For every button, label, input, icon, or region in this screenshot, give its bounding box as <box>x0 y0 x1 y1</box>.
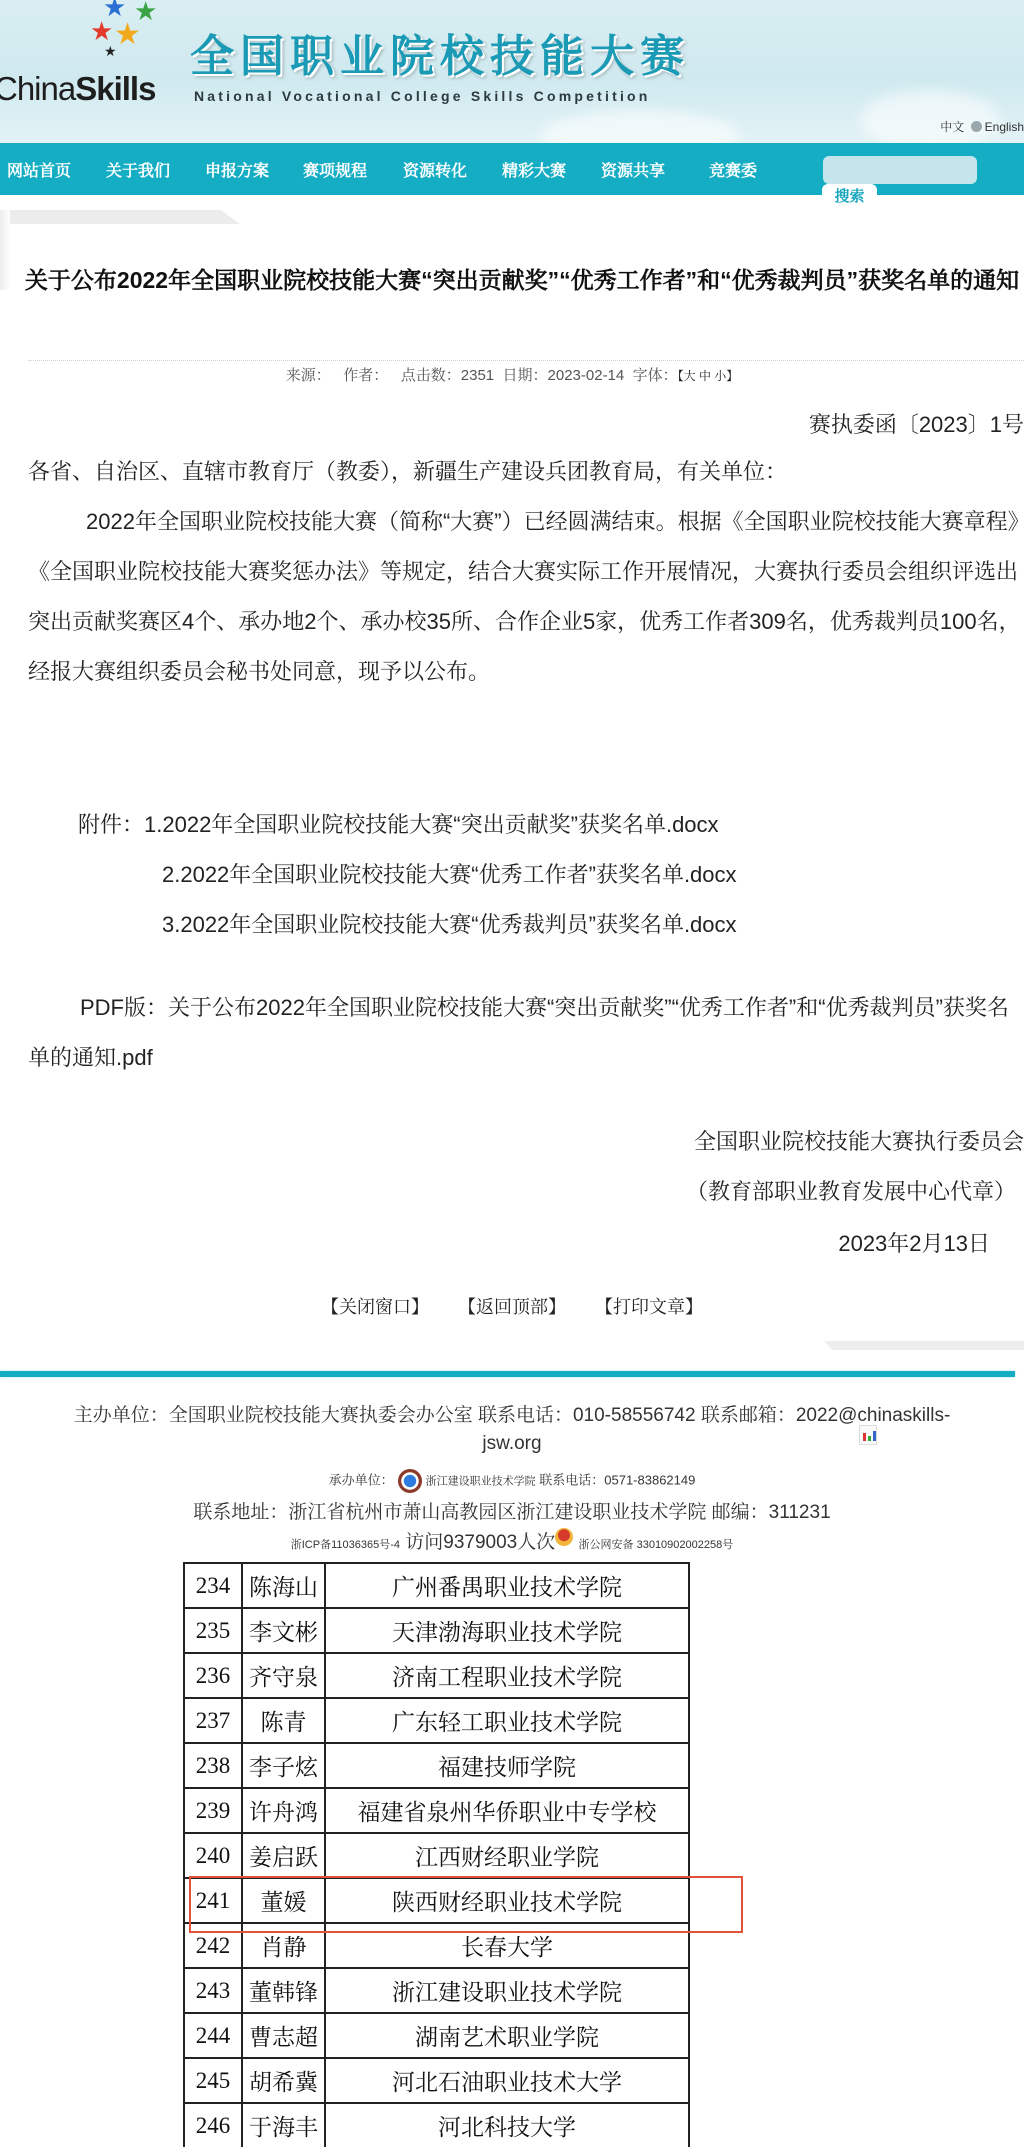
nav-resource-conversion[interactable]: 资源转化 <box>403 158 467 181</box>
meta-date: 2023-02-14 <box>548 367 625 384</box>
winner-name: 陈青 <box>242 1698 325 1743</box>
table-row: 244曹志超湖南艺术职业学院 <box>184 2013 689 2058</box>
attachment-link-2[interactable]: 2.2022年全国职业院校技能大赛“优秀工作者”获奖名单.docx <box>162 858 737 889</box>
attachment-link-1[interactable]: 1.2022年全国职业院校技能大赛“突出贡献奖”获奖名单.docx <box>144 812 719 837</box>
table-row: 240姜启跃江西财经职业学院 <box>184 1833 689 1878</box>
search-input[interactable] <box>823 156 977 184</box>
cloud-decoration <box>860 90 1000 143</box>
footer-address: 联系地址：浙江省杭州市萧山高教园区浙江建设职业技术学院 邮编：311231 <box>0 1497 1024 1524</box>
title-divider <box>28 360 1024 361</box>
article-title: 关于公布2022年全国职业院校技能大赛“突出贡献奖”“优秀工作者”和“优秀裁判员… <box>20 255 1024 305</box>
host-phone: 联系电话：0571-83862149 <box>539 1472 695 1487</box>
row-number: 246 <box>184 2103 242 2147</box>
row-number: 245 <box>184 2058 242 2103</box>
winner-school: 湖南艺术职业学院 <box>325 2013 689 2058</box>
meta-font-label: 字体： <box>633 367 678 384</box>
winner-list-table: 234陈海山广州番禺职业技术学院 235李文彬天津渤海职业技术学院 236齐守泉… <box>183 1562 690 2147</box>
print-article-link[interactable]: 【打印文章】 <box>595 1297 703 1317</box>
winner-name: 李子炫 <box>242 1743 325 1788</box>
winner-school: 浙江建设职业技术学院 <box>325 1968 689 2013</box>
row-number: 244 <box>184 2013 242 2058</box>
table-row: 239许舟鸿福建省泉州华侨职业中专学校 <box>184 1788 689 1833</box>
article-meta: 来源： 作者： 点击数：2351 日期：2023-02-14 字体：【大 中 小… <box>0 364 1024 385</box>
winner-school: 福建省泉州华侨职业中专学校 <box>325 1788 689 1833</box>
table-row: 243董韩锋浙江建设职业技术学院 <box>184 1968 689 2013</box>
meta-author-label: 作者： <box>343 367 388 384</box>
content-panel-edge <box>0 210 240 224</box>
pdf-link[interactable]: PDF版：关于公布2022年全国职业院校技能大赛“突出贡献奖”“优秀工作者”和“… <box>28 983 1023 1083</box>
winner-name: 于海丰 <box>242 2103 325 2147</box>
winner-name: 肖静 <box>242 1923 325 1968</box>
winner-name: 董韩锋 <box>242 1968 325 2013</box>
winner-name: 胡希冀 <box>242 2058 325 2103</box>
row-number: 243 <box>184 1968 242 2013</box>
cloud-decoration <box>540 110 740 143</box>
table-row: 234陈海山广州番禺职业技术学院 <box>184 1563 689 1608</box>
footer-records: 浙ICP备11036365号-4 访问9379003人次 浙公网安备 33010… <box>0 1527 1024 1554</box>
table-row: 238李子炫福建技师学院 <box>184 1743 689 1788</box>
meta-hits-count: 2351 <box>461 367 494 384</box>
document-number: 赛执委函〔2023〕1号 <box>809 408 1024 439</box>
lang-chinese-link[interactable]: 中文 <box>940 120 964 134</box>
nav-rules[interactable]: 赛项规程 <box>303 158 367 181</box>
meta-hits-label: 点击数： <box>401 367 461 384</box>
search-button[interactable]: 搜索 <box>822 184 877 208</box>
close-window-link[interactable]: 【关闭窗口】 <box>321 1297 429 1317</box>
college-emblem-icon <box>398 1469 422 1493</box>
winner-school: 河北石油职业技术大学 <box>325 2058 689 2103</box>
winner-school: 长春大学 <box>325 1923 689 1968</box>
signature-org: 全国职业院校技能大赛执行委员会 <box>694 1125 1024 1156</box>
row-number: 236 <box>184 1653 242 1698</box>
content-panel-edge <box>0 210 10 290</box>
table-row: 236齐守泉济南工程职业技术学院 <box>184 1653 689 1698</box>
logo-text-light: China <box>0 70 75 107</box>
nav-home[interactable]: 网站首页 <box>7 158 71 181</box>
site-title-chinese: 全国职业院校技能大赛 <box>190 20 690 84</box>
nav-application[interactable]: 申报方案 <box>205 158 269 181</box>
winner-name: 姜启跃 <box>242 1833 325 1878</box>
signature-seal: （教育部职业教育发展中心代章） <box>686 1175 1016 1206</box>
attachment-row: 附件：1.2022年全国职业院校技能大赛“突出贡献奖”获奖名单.docx <box>78 808 719 839</box>
nav-about[interactable]: 关于我们 <box>106 158 170 181</box>
table-row: 242肖静长春大学 <box>184 1923 689 1968</box>
winner-school: 陕西财经职业技术学院 <box>325 1878 689 1923</box>
winner-name: 曹志超 <box>242 2013 325 2058</box>
winner-school: 河北科技大学 <box>325 2103 689 2147</box>
meta-date-label: 日期： <box>503 367 548 384</box>
language-switch: 中文 English <box>940 118 1024 135</box>
row-number: 234 <box>184 1563 242 1608</box>
red-star-icon: ★ <box>90 18 113 44</box>
winner-school: 济南工程职业技术学院 <box>325 1653 689 1698</box>
logo-text-bold: Skills <box>75 70 155 107</box>
content-panel-edge <box>824 1341 1024 1350</box>
font-size-switcher[interactable]: 【大 中 小】 <box>678 369 739 383</box>
winner-school: 江西财经职业学院 <box>325 1833 689 1878</box>
back-to-top-link[interactable]: 【返回顶部】 <box>458 1297 566 1317</box>
meta-source-label: 来源： <box>286 367 331 384</box>
row-number: 237 <box>184 1698 242 1743</box>
logo-wordmark: ChinaSkills <box>0 70 155 108</box>
site-title-english: National Vocational College Skills Compe… <box>194 88 651 104</box>
row-number: 239 <box>184 1788 242 1833</box>
table-row: 245胡希冀河北石油职业技术大学 <box>184 2058 689 2103</box>
lang-english-link[interactable]: English <box>985 120 1024 134</box>
row-number: 242 <box>184 1923 242 1968</box>
winner-name: 许舟鸿 <box>242 1788 325 1833</box>
nav-committee[interactable]: 竞赛委 <box>709 158 757 181</box>
police-record-link[interactable]: 浙公网安备 33010902002258号 <box>579 1539 734 1551</box>
table-row-highlighted: 241董媛陕西财经职业技术学院 <box>184 1878 689 1923</box>
winner-name: 齐守泉 <box>242 1653 325 1698</box>
nav-highlights[interactable]: 精彩大赛 <box>502 158 566 181</box>
globe-icon <box>971 121 982 132</box>
winner-school: 广州番禺职业技术学院 <box>325 1563 689 1608</box>
attachments-label: 附件： <box>78 812 144 837</box>
visit-counter: 访问9379003人次 <box>405 1532 555 1553</box>
host-label: 承办单位： <box>329 1472 394 1487</box>
black-star-icon: ★ <box>104 44 117 58</box>
table-row: 246于海丰河北科技大学 <box>184 2103 689 2147</box>
table-row: 237陈青广东轻工职业技术学院 <box>184 1698 689 1743</box>
table-row: 235李文彬天津渤海职业技术学院 <box>184 1608 689 1653</box>
winner-school: 福建技师学院 <box>325 1743 689 1788</box>
winner-school: 天津渤海职业技术学院 <box>325 1608 689 1653</box>
article-actions: 【关闭窗口】 【返回顶部】 【打印文章】 <box>0 1293 1024 1319</box>
police-badge-icon <box>555 1528 573 1546</box>
yellow-star-icon: ★ <box>114 20 141 50</box>
row-number: 240 <box>184 1833 242 1878</box>
icp-record-link[interactable]: 浙ICP备11036365号-4 <box>291 1539 400 1551</box>
signature-date: 2023年2月13日 <box>838 1227 990 1258</box>
winner-name: 董媛 <box>242 1878 325 1923</box>
winner-school: 广东轻工职业技术学院 <box>325 1698 689 1743</box>
footer-email-cont: jsw.org <box>0 1433 1024 1455</box>
article-body: 2022年全国职业院校技能大赛（简称“大赛”）已经圆满结束。根据《全国职业院校技… <box>28 497 1024 697</box>
host-name: 浙江建设职业技术学院 <box>426 1475 536 1487</box>
attachment-link-3[interactable]: 3.2022年全国职业院校技能大赛“优秀裁判员”获奖名单.docx <box>162 908 737 939</box>
chinaskills-logo[interactable]: ★ ★ ★ ★ ★ ChinaSkills <box>0 0 170 120</box>
footer-organizer: 主办单位：全国职业院校技能大赛执委会办公室 联系电话：010-58556742 … <box>0 1400 1024 1427</box>
site-header-banner: ★ ★ ★ ★ ★ ChinaSkills 全国职业院校技能大赛 Nationa… <box>0 0 1024 143</box>
nav-resource-sharing[interactable]: 资源共享 <box>601 158 665 181</box>
winner-name: 李文彬 <box>242 1608 325 1653</box>
winner-name: 陈海山 <box>242 1563 325 1608</box>
row-number: 241 <box>184 1878 242 1923</box>
footer-host: 承办单位：浙江建设职业技术学院 联系电话：0571-83862149 <box>0 1469 1024 1493</box>
salutation: 各省、自治区、直辖市教育厅（教委），新疆生产建设兵团教育局，有关单位： <box>28 447 1024 497</box>
row-number: 238 <box>184 1743 242 1788</box>
footer-divider <box>0 1371 1015 1377</box>
row-number: 235 <box>184 1608 242 1653</box>
